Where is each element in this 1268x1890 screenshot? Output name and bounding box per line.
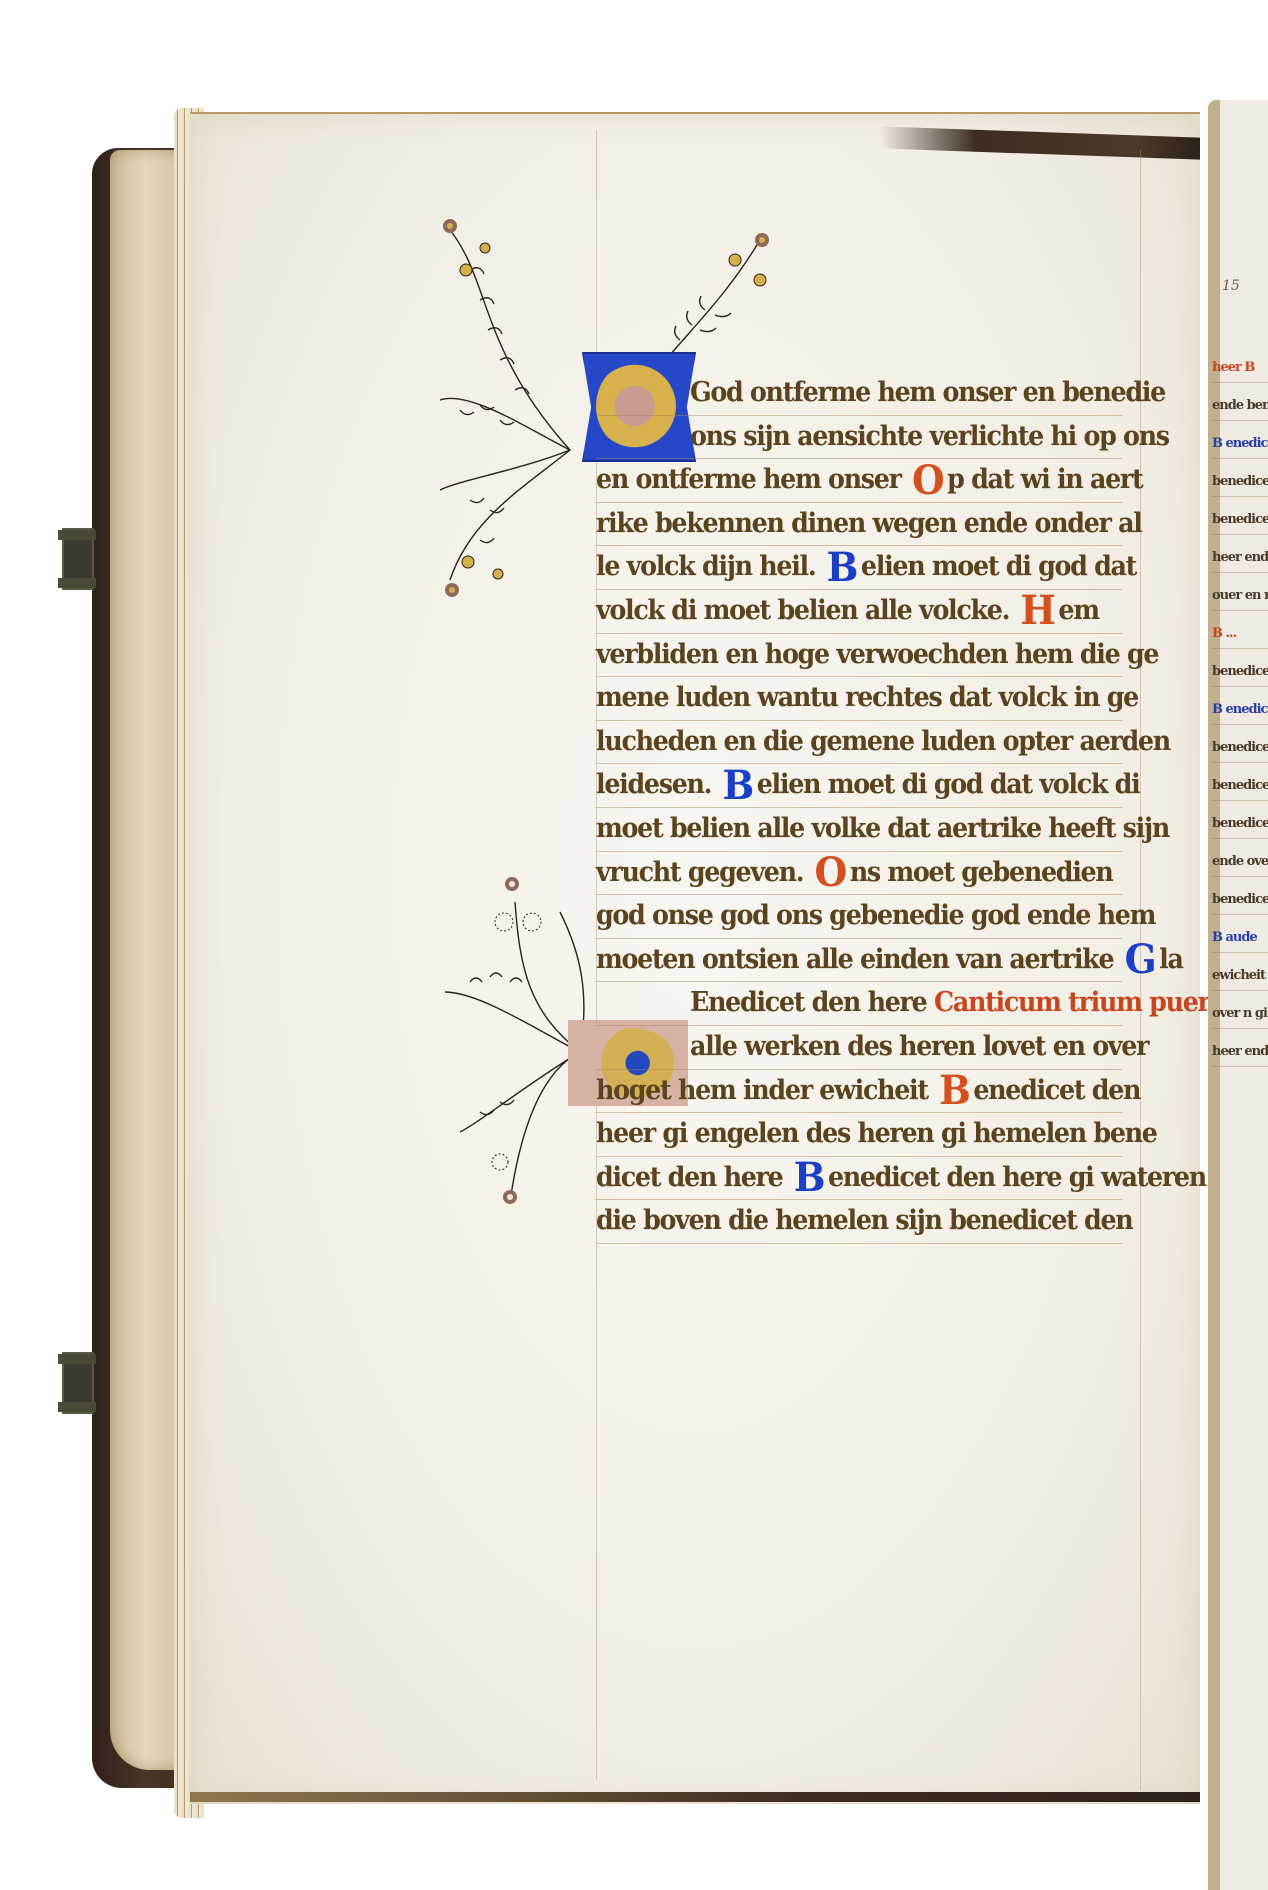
recto-ruling <box>1212 990 1268 991</box>
text-line: dicet den here Benedicet den here gi wat… <box>596 1157 1122 1201</box>
recto-ruling <box>1212 420 1268 421</box>
text-segment: verbliden en hoge verwoechden hem die ge <box>596 639 1158 670</box>
recto-ruling <box>1212 648 1268 649</box>
text-segment: alle werken des heren lovet en over <box>690 1031 1148 1062</box>
text-segment: lucheden en die gemene luden opter aerde… <box>596 726 1170 757</box>
text-line: verbliden en hoge verwoechden hem die ge <box>596 634 1122 678</box>
lombard-initial-red: O <box>811 856 850 890</box>
floral-spray-upper-left-icon <box>430 210 610 604</box>
text-line: heer gi engelen des heren gi hemelen ben… <box>596 1113 1122 1157</box>
text-line: rike bekennen dinen wegen ende onder al <box>596 503 1122 547</box>
text-segment: dicet den here <box>596 1162 790 1193</box>
rubric-text: Canticum trium puer <box>934 987 1210 1018</box>
text-segment: god onse god ons gebenedie god ende hem <box>596 900 1155 931</box>
text-segment: volck di moet belien alle volcke. <box>596 595 1017 626</box>
text-segment: leidesen. <box>596 769 719 800</box>
text-line: volck di moet belien alle volcke. Hem <box>596 590 1122 634</box>
recto-ruling <box>1212 914 1268 915</box>
recto-line-fragment: benedicet den <box>1212 892 1268 907</box>
recto-ruling <box>1212 762 1268 763</box>
text-line: hoget hem inder ewicheit Benedicet den <box>596 1070 1122 1114</box>
recto-line-fragment: B aude <box>1212 930 1257 945</box>
recto-ruling <box>1212 610 1268 611</box>
recto-line-fragment: heer ende en lou <box>1212 550 1268 565</box>
text-segment: en ontferme hem onser <box>596 464 908 495</box>
recto-ruling <box>1212 1028 1268 1029</box>
floral-spray-upper-right-icon <box>660 230 780 364</box>
text-line: god onse god ons gebenedie god ende hem <box>596 895 1122 939</box>
text-segment: ns moet gebenedien <box>850 857 1113 888</box>
recto-ruling <box>1212 876 1268 877</box>
text-segment: hoget hem inder ewicheit <box>596 1075 935 1106</box>
text-segment: elien moet di god dat volck di <box>757 769 1140 800</box>
recto-line-fragment: ewicheit en <box>1212 968 1268 983</box>
text-line: lucheden en die gemene luden opter aerde… <box>596 721 1122 765</box>
recto-ruling <box>1212 382 1268 383</box>
recto-line-fragment: ende benedicet den <box>1212 398 1268 413</box>
text-segment: moet belien alle volke dat aertrike heef… <box>596 813 1169 844</box>
text-segment: elien moet di god dat <box>861 551 1136 582</box>
text-line: ons sijn aensichte verlichte hi op ons <box>596 416 1122 460</box>
recto-ruling <box>1212 1066 1268 1067</box>
text-block: God ontferme hem onser en benedieons sij… <box>596 372 1156 1244</box>
text-line: le volck dijn heil. Belien moet di god d… <box>596 546 1122 590</box>
text-line: mene luden wantu rechtes dat volck in ge <box>596 677 1122 721</box>
recto-ruling <box>1212 572 1268 573</box>
recto-line-fragment: benedicet den heer <box>1212 816 1268 831</box>
text-segment: em <box>1058 595 1098 626</box>
upper-clasp <box>62 528 94 590</box>
text-line: en ontferme hem onser Op dat wi in aert <box>596 459 1122 503</box>
recto-ruling <box>1212 686 1268 687</box>
text-segment: rike bekennen dinen wegen ende onder al <box>596 508 1142 539</box>
text-line: alle werken des heren lovet en over <box>596 1026 1122 1070</box>
text-line: die boven die hemelen sijn benedicet den <box>596 1200 1122 1244</box>
text-segment: heer gi engelen des heren gi hemelen ben… <box>596 1118 1157 1149</box>
recto-line-fragment: heer B <box>1212 360 1254 375</box>
recto-line-fragment: benedicet den heer ouer <box>1212 512 1268 527</box>
lombard-initial-blue: B <box>790 1161 828 1195</box>
text-line: Enedicet den here Canticum trium puer <box>596 982 1122 1026</box>
recto-line-fragment: benedicet blixem <box>1212 740 1268 755</box>
text-segment: moeten ontsien alle einden van aertrike <box>596 944 1121 975</box>
folio-number: 15 <box>1222 278 1240 294</box>
text-line: moet belien alle volke dat aertrike heef… <box>596 808 1122 852</box>
lombard-initial-red: H <box>1017 594 1059 628</box>
text-segment: la <box>1159 944 1182 975</box>
binding-edge-bottom <box>190 1792 1200 1802</box>
text-segment: Enedicet den here <box>690 987 934 1018</box>
recto-ruling <box>1212 800 1268 801</box>
text-segment: ons sijn aensichte verlichte hi op ons <box>690 421 1169 452</box>
text-segment: p dat wi in aert <box>947 464 1142 495</box>
recto-ruling <box>1212 534 1268 535</box>
text-segment: God ontferme hem onser en benedie <box>690 377 1165 408</box>
recto-line-fragment: benedicet den heer <box>1212 664 1268 679</box>
recto-ruling <box>1212 838 1268 839</box>
lombard-initial-blue: G <box>1121 943 1159 977</box>
text-segment: mene luden wantu rechtes dat volck in ge <box>596 682 1138 713</box>
text-segment: enedicet den <box>973 1075 1140 1106</box>
text-line: God ontferme hem onser en benedie <box>596 372 1122 416</box>
text-segment: enedicet den here gi wateren <box>828 1162 1206 1193</box>
text-segment: die boven die hemelen sijn benedicet den <box>596 1205 1132 1236</box>
recto-ruling <box>1212 952 1268 953</box>
recto-line-fragment: B ... <box>1212 626 1236 641</box>
text-line: leidesen. Belien moet di god dat volck d… <box>596 764 1122 808</box>
lower-clasp <box>62 1352 94 1414</box>
lombard-initial-blue: B <box>719 769 757 803</box>
lombard-initial-red: O <box>908 464 947 498</box>
recto-line-fragment: benedicet den heer all <box>1212 474 1268 489</box>
lombard-initial-blue: B <box>823 551 861 585</box>
recto-line-fragment: benedicet den h <box>1212 778 1268 793</box>
recto-ruling <box>1212 458 1268 459</box>
recto-line-fragment: B enedicet den heer <box>1212 702 1268 717</box>
recto-line-fragment: ouer en rype b <box>1212 588 1268 603</box>
recto-line-fragment: over n gi <box>1212 1006 1267 1021</box>
text-line: moeten ontsien alle einden van aertrike … <box>596 939 1122 983</box>
recto-line-fragment: heer ende bo <box>1212 1044 1268 1059</box>
recto-line-fragment: B enedicet den h <box>1212 436 1268 451</box>
recto-ruling <box>1212 496 1268 497</box>
text-line: vrucht gegeven. Ons moet gebenedien <box>596 852 1122 896</box>
text-segment: vrucht gegeven. <box>596 857 811 888</box>
text-segment: le volck dijn heil. <box>596 551 823 582</box>
lombard-initial-red: B <box>935 1074 973 1108</box>
recto-ruling <box>1212 724 1268 725</box>
recto-line-fragment: ende over ewicheit <box>1212 854 1268 869</box>
